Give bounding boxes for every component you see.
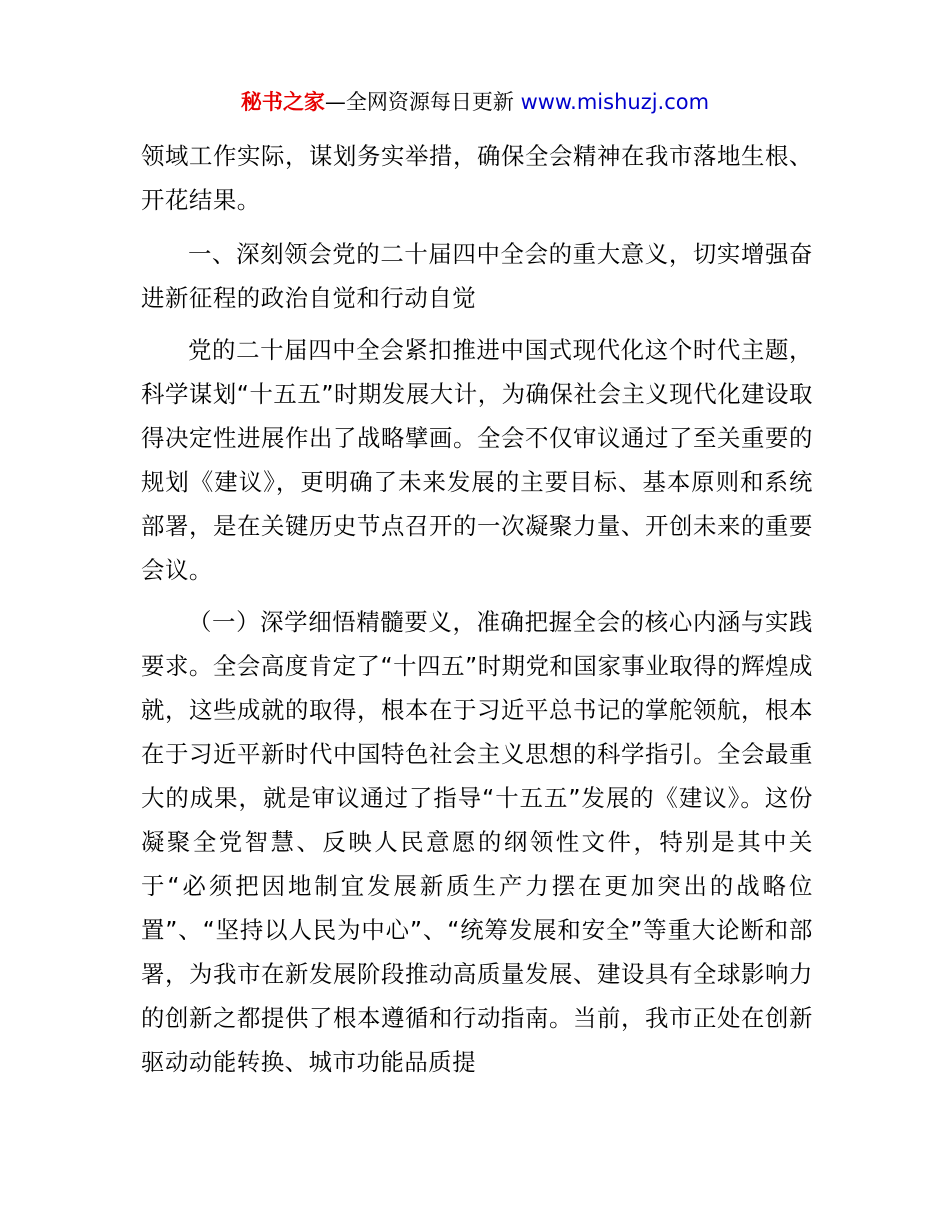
section-heading: 一、深刻领会党的二十届四中全会的重大意义，切实增强奋进新征程的政治自觉和行动自觉 — [141, 232, 813, 320]
site-url-link[interactable]: www.mishuzj.com — [521, 90, 710, 114]
document-body: 领域工作实际，谋划务实举措，确保全会精神在我市落地生根、开花结果。 一、深刻领会… — [141, 134, 813, 1092]
site-header: 秘书之家—全网资源每日更新 www.mishuzj.com — [0, 86, 950, 118]
subsection-paragraph: （一）深学细悟精髓要义，准确把握全会的核心内涵与实践要求。全会高度肯定了“十四五… — [141, 600, 813, 1084]
brand-name: 秘书之家 — [241, 90, 325, 114]
header-slogan: —全网资源每日更新 — [325, 90, 521, 114]
paragraph: 党的二十届四中全会紧扣推进中国式现代化这个时代主题，科学谋划“十五五”时期发展大… — [141, 328, 813, 592]
paragraph-continuation: 领域工作实际，谋划务实举措，确保全会精神在我市落地生根、开花结果。 — [141, 134, 813, 222]
